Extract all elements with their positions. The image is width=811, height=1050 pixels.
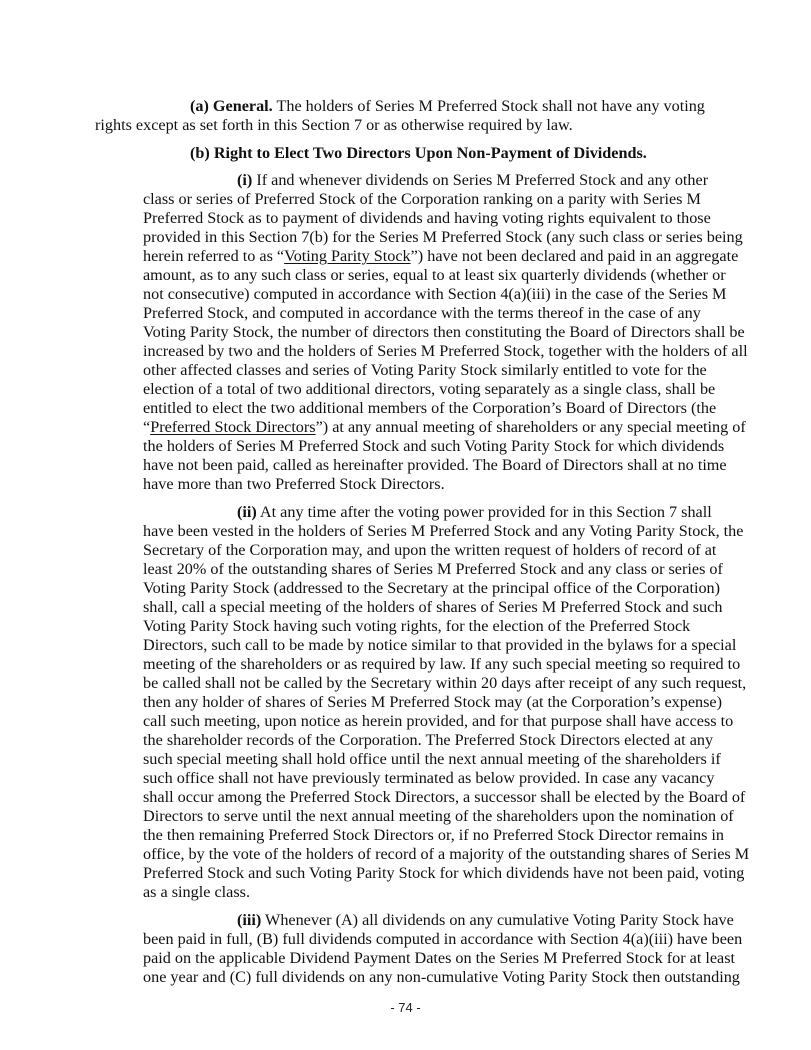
para-i-line: provided in this Section 7(b) for the Se…	[143, 228, 743, 247]
para-ii-line: Preferred Stock and such Voting Parity S…	[143, 864, 744, 883]
section-a-line-2: rights except as set forth in this Secti…	[95, 116, 573, 135]
para-ii-line: as a single class.	[143, 883, 250, 902]
para-i-line: class or series of Preferred Stock of th…	[143, 190, 701, 209]
para-ii-line: then any holder of shares of Series M Pr…	[143, 693, 722, 712]
para-i-line: have not been paid, called as hereinafte…	[143, 456, 727, 475]
para-ii-line: shall, call a special meeting of the hol…	[143, 598, 722, 617]
para-i-line: not consecutive) computed in accordance …	[143, 285, 726, 304]
defined-term-preferred-stock-directors: Preferred Stock Directors	[150, 418, 315, 436]
para-i-label: (i)	[237, 171, 252, 189]
section-b-heading: (b) Right to Elect Two Directors Upon No…	[190, 144, 647, 163]
para-i-line: have more than two Preferred Stock Direc…	[143, 475, 445, 494]
para-i-line: “Preferred Stock Directors”) at any annu…	[143, 418, 746, 437]
para-i-line: other affected classes and series of Vot…	[143, 361, 707, 380]
para-ii-line-1: (ii) At any time after the voting power …	[237, 503, 712, 522]
para-ii-line: such special meeting shall hold office u…	[143, 750, 721, 769]
document-page: (a) General. The holders of Series M Pre…	[0, 0, 811, 1050]
para-ii-line: call such meeting, upon notice as herein…	[143, 712, 733, 731]
para-ii-line: least 20% of the outstanding shares of S…	[143, 560, 723, 579]
para-ii-line: office, by the vote of the holders of re…	[143, 845, 749, 864]
para-i-line: entitled to elect the two additional mem…	[143, 399, 716, 418]
para-ii-line: the shareholder records of the Corporati…	[143, 731, 713, 750]
para-ii-line: such office shall not have previously te…	[143, 769, 714, 788]
para-i-line: increased by two and the holders of Seri…	[143, 342, 748, 361]
section-a-heading: (a) General.	[190, 97, 273, 115]
para-iii-label: (iii)	[237, 911, 261, 929]
para-ii-line: Directors to serve until the next annual…	[143, 807, 734, 826]
para-i-line: Preferred Stock, and computed in accorda…	[143, 304, 701, 323]
para-ii-line: have been vested in the holders of Serie…	[143, 522, 743, 541]
defined-term-voting-parity-stock: Voting Parity Stock	[284, 247, 411, 265]
para-ii-line: Directors, such call to be made by notic…	[143, 636, 736, 655]
para-iii-line: been paid in full, (B) full dividends co…	[143, 930, 742, 949]
para-ii-line: Voting Parity Stock having such voting r…	[143, 617, 690, 636]
section-a-line-1: (a) General. The holders of Series M Pre…	[190, 97, 705, 116]
para-ii-label: (ii)	[237, 503, 257, 521]
para-iii-line: one year and (C) full dividends on any n…	[143, 968, 740, 987]
para-iii-line: paid on the applicable Dividend Payment …	[143, 949, 735, 968]
para-ii-line: meeting of the shareholders or as requir…	[143, 655, 740, 674]
para-ii-line: be called shall not be called by the Sec…	[143, 674, 746, 693]
para-ii-line: the then remaining Preferred Stock Direc…	[143, 826, 724, 845]
para-iii-line-1: (iii) Whenever (A) all dividends on any …	[237, 911, 734, 930]
para-i-line: the holders of Series M Preferred Stock …	[143, 437, 724, 456]
para-ii-line: Secretary of the Corporation may, and up…	[143, 541, 716, 560]
para-ii-line: Voting Parity Stock (addressed to the Se…	[143, 579, 720, 598]
para-i-line: Voting Parity Stock, the number of direc…	[143, 323, 745, 342]
para-i-line: election of a total of two additional di…	[143, 380, 715, 399]
para-ii-line: shall occur among the Preferred Stock Di…	[143, 788, 745, 807]
para-i-line: amount, as to any such class or series, …	[143, 266, 726, 285]
para-i-line: Preferred Stock as to payment of dividen…	[143, 209, 711, 228]
para-i-line: herein referred to as “Voting Parity Sto…	[143, 247, 738, 266]
page-number: - 74 -	[0, 1000, 811, 1015]
para-i-line-1: (i) If and whenever dividends on Series …	[237, 171, 708, 190]
